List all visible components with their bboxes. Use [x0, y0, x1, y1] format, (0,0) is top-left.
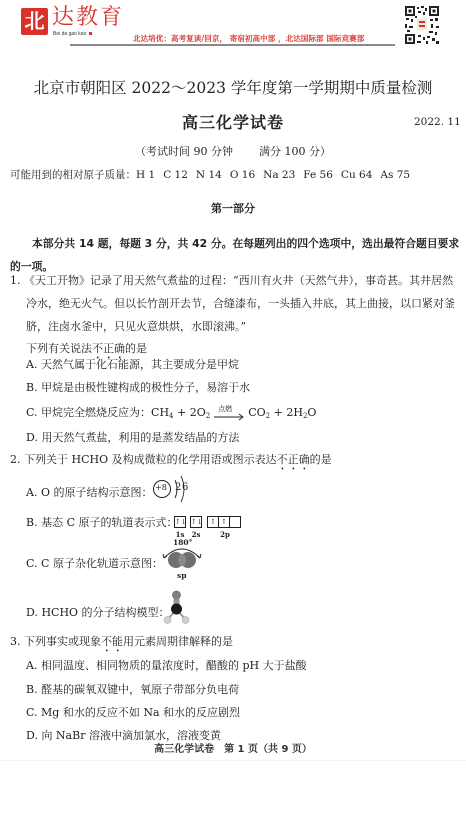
reaction-arrow-icon: 点燃 [213, 407, 245, 419]
exam-info: （考试时间 90 分钟满分 100 分） [0, 143, 466, 159]
page-footer: 高三化学试卷 第 1 页（共 9 页） [0, 740, 466, 755]
masses-label: 可能用到的相对原子质量： [10, 169, 136, 181]
question-2-prompt: 下列关于 HCHO 及构成微粒的化学用语或图示表达不正确的是 [24, 448, 332, 473]
exam-time: （考试时间 90 分钟 [135, 145, 233, 158]
mass-item: As 75 [380, 169, 410, 181]
question-2-option-b[interactable]: B. 基态 C 原子的轨道表示式： [26, 511, 178, 534]
banner-slogan: 北达培优：高考复读/回京， 寄宿初高中部 ，北达国际部 国际竞赛部 [133, 33, 364, 44]
question-2-option-d[interactable]: D. HCHO 的分子结构模型： [26, 601, 170, 624]
question-2-number: 2. [10, 448, 21, 471]
mass-item: N 14 [196, 169, 222, 181]
exam-subtitle: 高三化学试卷 [0, 110, 466, 133]
question-1-option-c[interactable]: C. 甲烷完全燃烧反应为：CH4 + 2O2点燃CO2 + 2H2O [26, 401, 316, 428]
qr-code-icon [404, 5, 440, 45]
exam-title: 北京市朝阳区 2022～2023 学年度第一学期期中质量检测 [0, 76, 466, 98]
mass-item: Fe 56 [303, 169, 333, 181]
nucleus-charge: +8 [155, 483, 167, 492]
question-1-number: 1. [10, 269, 21, 292]
question-1-stem-line: 《天工开物》记录了用天然气煮盐的过程：“西川有火井（天然气井），事奇甚。其井居然 [24, 269, 453, 292]
emphasis-text: 不能 [101, 635, 123, 648]
mass-item: Cu 64 [341, 169, 373, 181]
logo-text: 达教育 [52, 6, 124, 30]
orbital-1s: ↑↓ 1s [174, 511, 186, 539]
question-2-option-c[interactable]: C. C 原子杂化轨道示意图： [26, 552, 163, 575]
full-score: 满分 100 分） [259, 145, 331, 158]
mass-item: C 12 [163, 169, 188, 181]
logo-mark: 北 [21, 8, 48, 35]
atomic-masses: 可能用到的相对原子质量：H 1C 12N 14O 16Na 23Fe 56Cu … [10, 167, 410, 182]
part-heading: 第一部分 [0, 200, 466, 216]
square-icon [89, 32, 92, 35]
mass-item: Na 23 [263, 169, 295, 181]
question-1-option-a[interactable]: A. 天然气属于化石能源，其主要成分是甲烷 [26, 353, 239, 376]
orbital-2s: ↑↓ 2s [190, 511, 202, 539]
question-3-option-a[interactable]: A. 相同温度、相同物质的量浓度时，醋酸的 pH 大于盐酸 [26, 654, 307, 677]
sp-hybrid-orbital-diagram: 180° sp [160, 538, 204, 582]
question-1-stem-line: 冷水，绝无火气。但以长竹剖开去节，合缝漆布，一头插入井底，其上曲接，以口紧对釜 [26, 292, 455, 315]
question-1-option-d[interactable]: D. 用天然气煮盐，利用的是蒸发结晶的方法 [26, 426, 239, 449]
page-divider [0, 760, 466, 761]
question-3-prompt: 下列事实或现象不能用元素周期律解释的是 [24, 630, 233, 655]
orbital-2p: ↑↑ 2p [207, 511, 243, 539]
question-3-option-c[interactable]: C. Mg 和水的反应不如 Na 和水的反应剧烈 [26, 701, 240, 724]
question-2-option-a[interactable]: A. O 的原子结构示意图： [26, 481, 152, 504]
hybrid-label: sp [177, 571, 186, 580]
shell-electrons: 6 [182, 482, 188, 493]
question-1-option-b[interactable]: B. 甲烷是由极性键构成的极性分子，易溶于水 [26, 376, 250, 399]
logo-subtitle-text: Bei da gao kao [53, 31, 86, 37]
exam-date: 2022. 11 [414, 116, 461, 128]
banner-divider [70, 44, 395, 46]
mass-item: O 16 [230, 169, 255, 181]
logo-subtitle: Bei da gao kao [53, 31, 92, 37]
emphasis-text: 不正确 [277, 453, 310, 466]
mass-item: H 1 [136, 169, 155, 181]
chemical-equation: CH4 + 2O2点燃CO2 + 2H2O [151, 406, 316, 419]
question-3-option-b[interactable]: B. 醛基的碳氧双键中，氧原子带部分负电荷 [26, 678, 239, 701]
shell-electrons: 2 [175, 482, 181, 493]
atomic-structure-diagram: +8 2 6 [150, 471, 200, 507]
hcho-molecule-model-icon [163, 590, 197, 626]
question-3-number: 3. [10, 630, 21, 653]
question-1-stem-line: 脐，注卤水釜中，只见火意烘烘，水即滚沸。” [26, 315, 246, 338]
